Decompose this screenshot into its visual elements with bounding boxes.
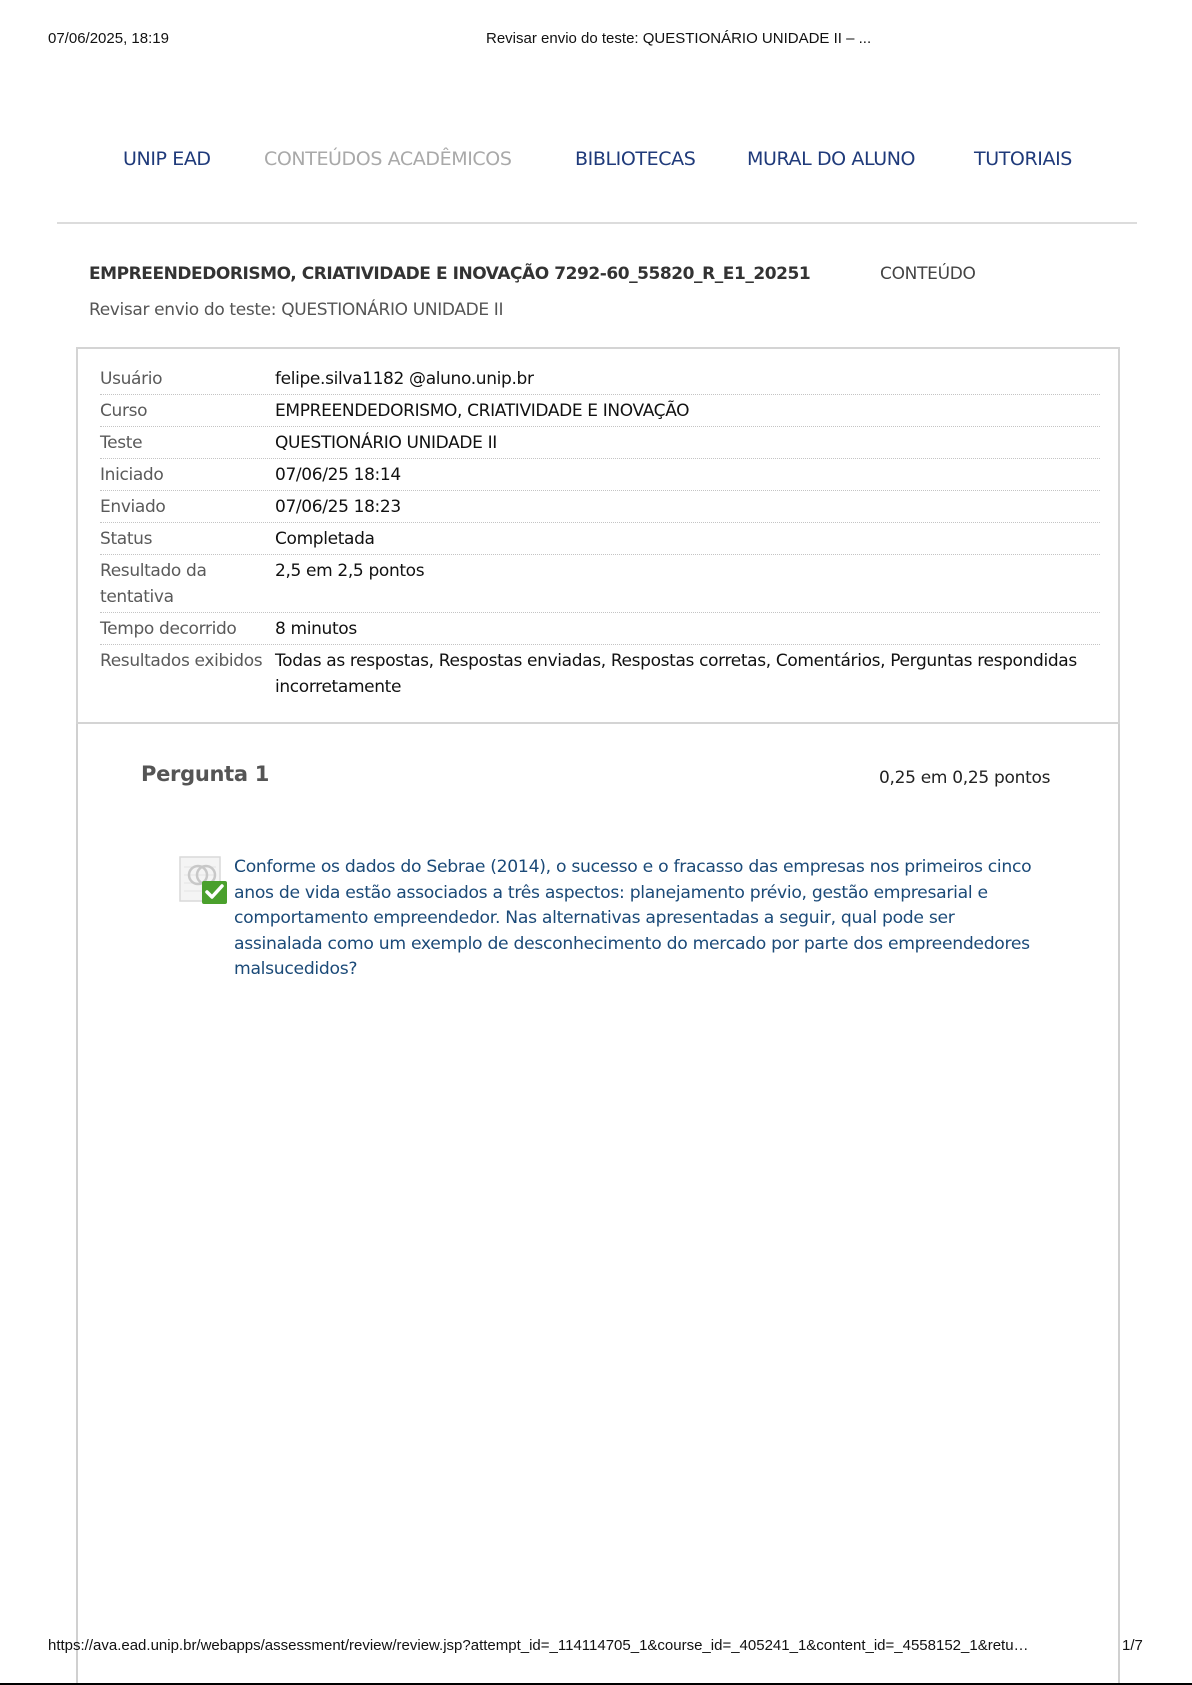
row-label: Tempo decorrido (100, 613, 275, 644)
row-label: Enviado (100, 491, 275, 522)
summary-row-iniciado: Iniciado 07/06/25 18:14 (100, 459, 1100, 491)
row-value: EMPREENDEDORISMO, CRIATIVIDADE E INOVAÇÃ… (275, 395, 1100, 426)
summary-row-status: Status Completada (100, 523, 1100, 555)
row-label: Usuário (100, 363, 275, 394)
row-value: 07/06/25 18:23 (275, 491, 1100, 522)
row-label: Teste (100, 427, 275, 458)
conteudo-link[interactable]: CONTEÚDO (880, 264, 976, 284)
row-label: Curso (100, 395, 275, 426)
summary-row-usuario: Usuário felipe.silva1182 @aluno.unip.br (100, 363, 1100, 395)
summary-table: Usuário felipe.silva1182 @aluno.unip.br … (100, 363, 1100, 702)
nav-tutoriais[interactable]: TUTORIAIS (974, 148, 1072, 170)
summary-row-enviado: Enviado 07/06/25 18:23 (100, 491, 1100, 523)
summary-row-tempo: Tempo decorrido 8 minutos (100, 613, 1100, 645)
row-label: Resultado da tentativa (100, 555, 260, 612)
question-points: 0,25 em 0,25 pontos (879, 768, 1050, 788)
nav-mural-do-aluno[interactable]: MURAL DO ALUNO (747, 148, 915, 170)
summary-row-resultado: Resultado da tentativa 2,5 em 2,5 pontos (100, 555, 1100, 613)
print-date: 07/06/2025, 18:19 (48, 30, 169, 47)
nav-conteudos-academicos[interactable]: CONTEÚDOS ACADÊMICOS (264, 148, 511, 170)
print-page-number: 1/7 (1122, 1637, 1143, 1654)
row-value: Todas as respostas, Respostas enviadas, … (275, 645, 1100, 702)
question-text: Conforme os dados do Sebrae (2014), o su… (234, 855, 1034, 983)
nav-unip-ead[interactable]: UNIP EAD (123, 148, 211, 170)
print-url: https://ava.ead.unip.br/webapps/assessme… (48, 1637, 1029, 1654)
summary-row-teste: Teste QUESTIONÁRIO UNIDADE II (100, 427, 1100, 459)
row-label: Status (100, 523, 275, 554)
top-nav: UNIP EAD CONTEÚDOS ACADÊMICOS BIBLIOTECA… (0, 148, 1192, 178)
page-subtitle: Revisar envio do teste: QUESTIONÁRIO UNI… (89, 300, 503, 320)
summary-row-curso: Curso EMPREENDEDORISMO, CRIATIVIDADE E I… (100, 395, 1100, 427)
print-title: Revisar envio do teste: QUESTIONÁRIO UNI… (486, 30, 871, 47)
attempt-summary: Usuário felipe.silva1182 @aluno.unip.br … (76, 347, 1120, 724)
nav-bibliotecas[interactable]: BIBLIOTECAS (575, 148, 695, 170)
row-label: Resultados exibidos (100, 645, 275, 702)
row-value: 2,5 em 2,5 pontos (275, 555, 1100, 612)
summary-row-resultados-exibidos: Resultados exibidos Todas as respostas, … (100, 645, 1100, 702)
row-value: 8 minutos (275, 613, 1100, 644)
row-value: QUESTIONÁRIO UNIDADE II (275, 427, 1100, 458)
print-footer: https://ava.ead.unip.br/webapps/assessme… (0, 1637, 1192, 1657)
row-label: Iniciado (100, 459, 275, 490)
nav-divider (57, 222, 1137, 224)
course-title[interactable]: EMPREENDEDORISMO, CRIATIVIDADE E INOVAÇÃ… (89, 264, 810, 284)
print-header: 07/06/2025, 18:19 Revisar envio do teste… (0, 30, 1192, 50)
row-value: 07/06/25 18:14 (275, 459, 1100, 490)
row-value: felipe.silva1182 @aluno.unip.br (275, 363, 1100, 394)
question-title: Pergunta 1 (141, 762, 269, 786)
correct-check-icon (179, 855, 229, 905)
row-value: Completada (275, 523, 1100, 554)
